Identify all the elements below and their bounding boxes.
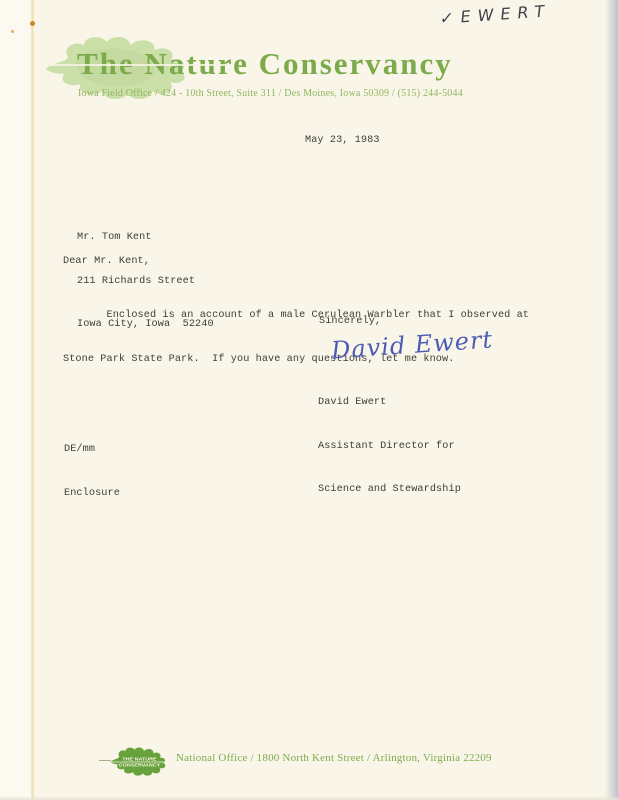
signer-name: David Ewert [318,396,461,411]
footer-oak-leaf-logo: THE NATURE CONSERVANCY [109,747,169,777]
handwritten-annotation: ✓EWERT [439,1,552,28]
recipient-name: Mr. Tom Kent [77,231,214,246]
scan-edge-shadow [605,0,618,800]
letter-date: May 23, 1983 [305,134,380,149]
footer-office-address: National Office / 1800 North Kent Street… [176,752,492,764]
leaf-stem-line [44,64,233,66]
footer-logo-text: THE NATURE [122,757,157,763]
body-line: Enclosed is an account of a male Cerulea… [63,309,529,324]
reference-block: DE/mm Enclosure [64,414,120,530]
scan-crease-line [31,0,34,800]
scan-edge-shadow [0,796,618,800]
scan-speck [30,21,35,26]
typist-initials: DE/mm [64,443,120,458]
footer-logo-text: CONSERVANCY [119,763,161,769]
scan-left-strip [0,0,31,800]
signature-block: David Ewert Assistant Director for Scien… [318,367,461,527]
letterhead-office-address: Iowa Field Office / 424 - 10th Street, S… [78,88,463,99]
scan-speck [11,30,14,33]
salutation: Dear Mr. Kent, [63,255,150,270]
signer-title: Science and Stewardship [318,483,461,498]
closing: Sincerely, [319,315,381,330]
signer-title: Assistant Director for [318,440,461,455]
letter-page: ✓EWERT The Nature Conservancy Iowa Field… [0,0,618,800]
enclosure-note: Enclosure [64,487,120,502]
